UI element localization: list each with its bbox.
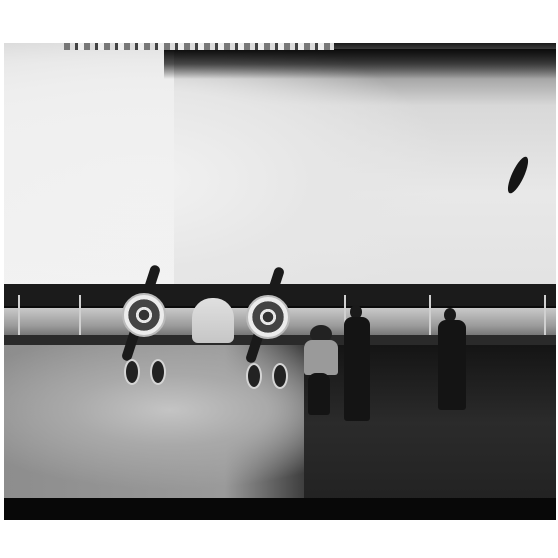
left-engine <box>122 293 166 337</box>
plate-bottom-edge <box>4 498 556 520</box>
person-legs <box>308 373 330 415</box>
wing-strut <box>429 295 431 340</box>
person-coat <box>304 340 338 375</box>
wing-strut <box>544 295 546 340</box>
torn-plate-edge <box>64 43 334 50</box>
wing-strut <box>18 295 20 340</box>
landing-wheel <box>124 359 140 385</box>
landing-wheel <box>246 363 262 389</box>
landing-wheel <box>150 359 166 385</box>
landing-wheel <box>272 363 288 389</box>
standing-man <box>344 317 370 421</box>
photograph <box>4 43 556 520</box>
lower-wing <box>4 335 556 345</box>
right-engine <box>246 295 290 339</box>
dark-plate-edge <box>164 49 556 79</box>
wing-shadow <box>304 343 556 503</box>
plate-damage-left <box>4 43 174 293</box>
standing-man <box>438 320 466 410</box>
fuselage-nacelle <box>192 298 234 343</box>
wing-strut <box>79 295 81 340</box>
